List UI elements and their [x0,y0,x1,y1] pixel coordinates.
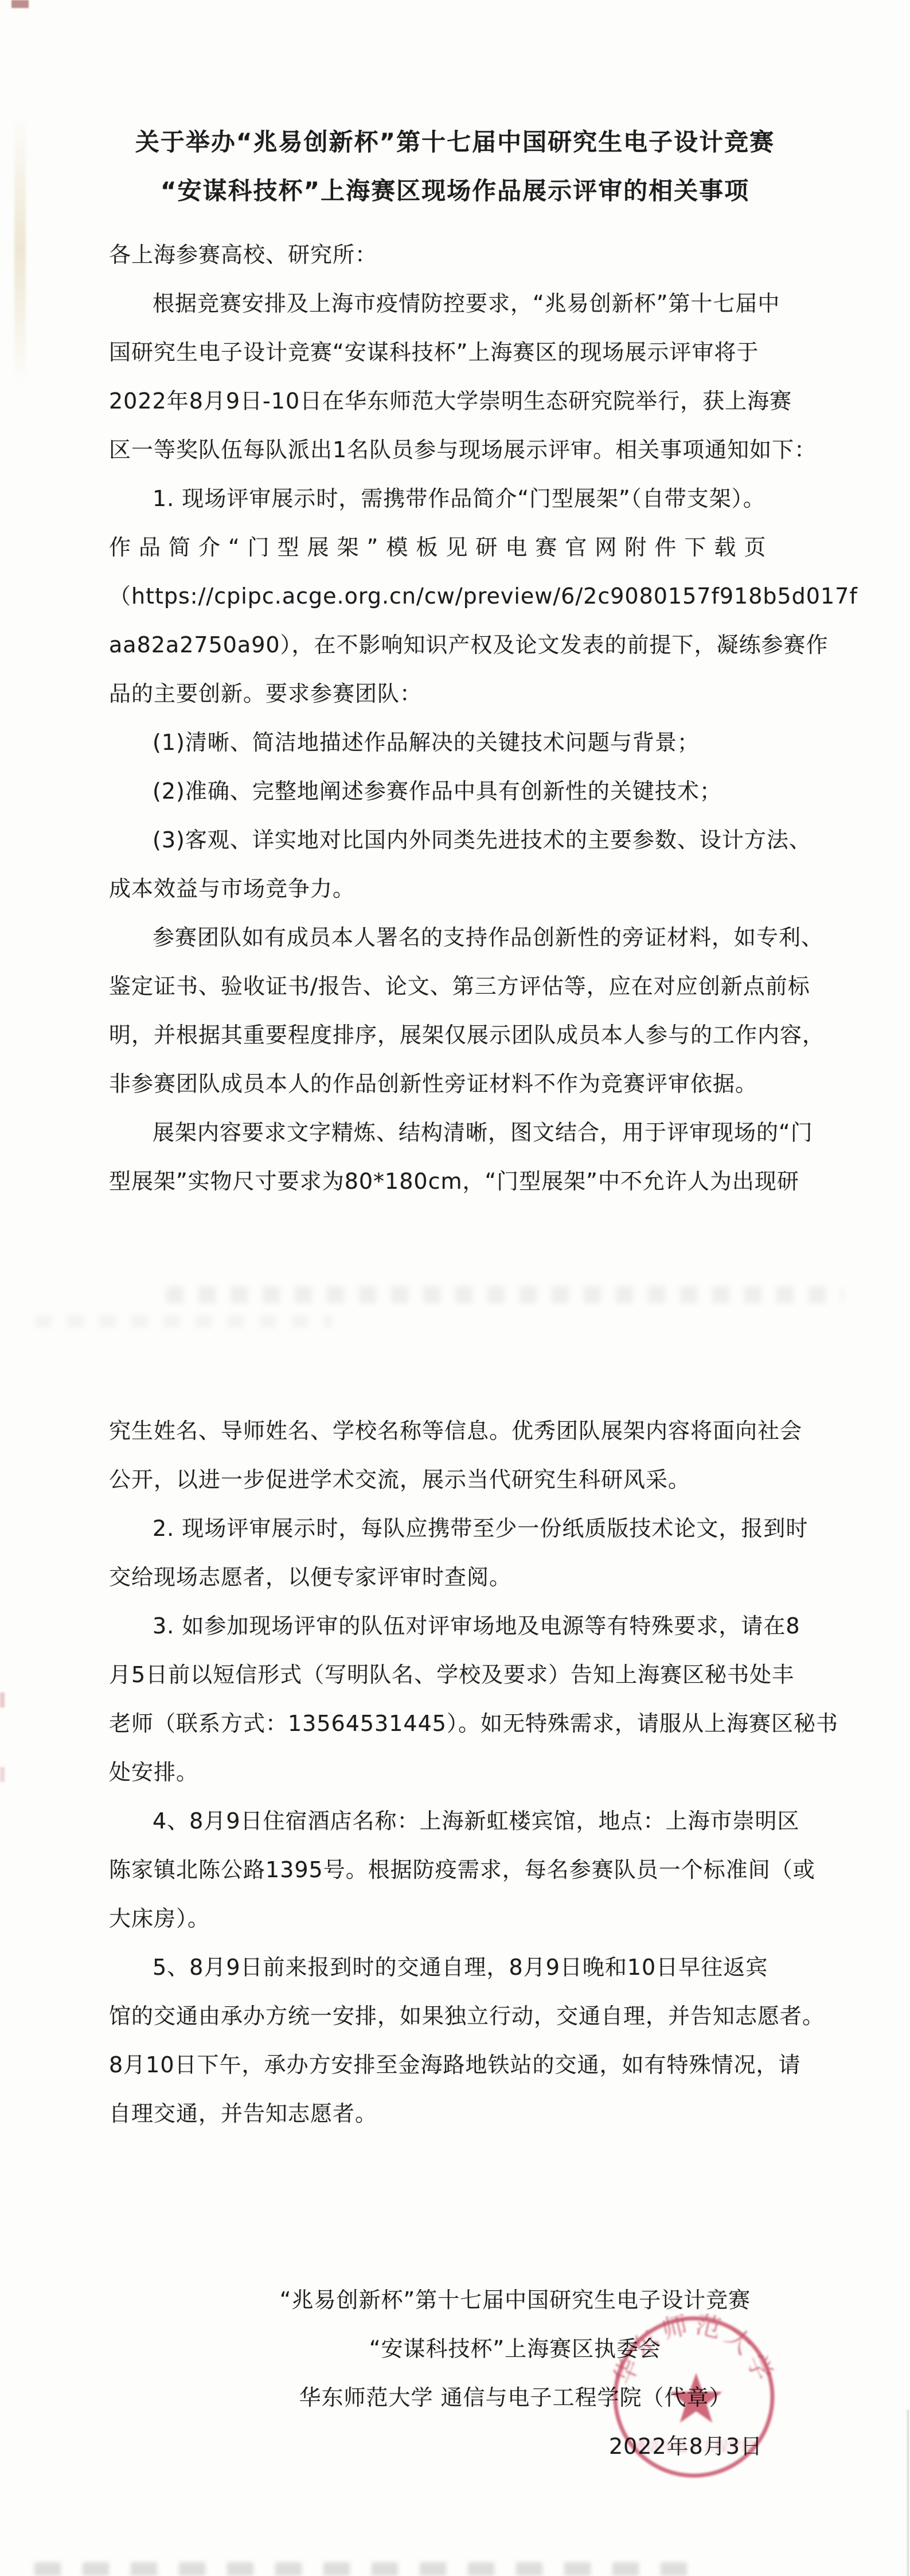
title-line-1: 关于举办“兆易创新杯”第十七届中国研究生电子设计竞赛 [0,118,910,166]
scan-artifact-right-edge [907,2410,909,2576]
title-line-2: “安谋科技杯”上海赛区现场作品展示评审的相关事项 [0,166,910,215]
text-line: 处安排。 [109,1748,807,1797]
text-line: 根据竞赛安排及上海市疫情防控要求，“兆易创新杯”第十七届中 [109,279,807,328]
text-line: 作品简介“门型展架”模板见研电赛官网附件下载页 [109,523,807,572]
scan-artifact-bottom-smear [34,2562,694,2576]
text-line: 自理交通，并告知志愿者。 [109,2089,807,2138]
text-line: 国研究生电子设计竞赛“安谋科技杯”上海赛区的现场展示评审将于 [109,328,807,377]
scan-artifact-ghost-text [34,1315,333,1328]
seal-star [670,2373,722,2423]
text-line: 交给现场志愿者，以便专家评审时查阅。 [109,1553,807,1602]
document-title: 关于举办“兆易创新杯”第十七届中国研究生电子设计竞赛 “安谋科技杯”上海赛区现场… [0,0,910,215]
scan-artifact-tick [0,1692,5,1707]
text-line: 2022年8月9日-10日在华东师范大学崇明生态研究院举行，获上海赛 [109,377,807,426]
signature-line-1: “兆易创新杯”第十七届中国研究生电子设计竞赛 [120,2276,910,2325]
text-line: 鉴定证书、验收证书/报告、论文、第三方评估等，应在对应创新点前标 [109,962,807,1011]
signature-line-3: 华东师范大学 通信与电子工程学院（代章） [120,2373,910,2422]
page-break-gap [0,1206,910,1407]
text-line: aa82a2750a90），在不影响知识产权及论文发表的前提下，凝练参赛作 [109,621,807,670]
text-line: 究生姓名、导师姓名、学校名称等信息。优秀团队展架内容将面向社会 [109,1407,807,1456]
signature-date: 2022年8月3日 [120,2422,910,2471]
text-line: 4、8月9日住宿酒店名称：上海新虹楼宾馆，地点：上海市崇明区 [109,1797,807,1846]
scan-artifact-corner [11,0,29,8]
text-line: 区一等奖队伍每队派出1名队员参与现场展示评审。相关事项通知如下： [109,426,807,474]
text-line: （https://cpipc.acge.org.cn/cw/preview/6/… [109,572,807,621]
official-seal: 华东师范大学 通信与电子工程学院 [610,2313,778,2481]
text-line: 明，并根据其重要程度排序，展架仅展示团队成员本人参与的工作内容， [109,1011,807,1060]
text-line: 8月10日下午，承办方安排至金海路地铁站的交通，如有特殊情况，请 [109,2041,807,2089]
text-line: 公开，以进一步促进学术交流，展示当代研究生科研风采。 [109,1456,807,1504]
text-line: 成本效益与市场竞争力。 [109,865,807,913]
body-section-2: 究生姓名、导师姓名、学校名称等信息。优秀团队展架内容将面向社会公开，以进一步促进… [0,1407,910,2138]
scan-artifact-ghost-text [166,1286,843,1303]
text-line: 月5日前以短信形式（写明队名、学校及要求）告知上海赛区秘书处丰 [109,1651,807,1699]
text-line: 非参赛团队成员本人的作品创新性旁证材料不作为竞赛评审依据。 [109,1060,807,1108]
text-line: 大床房）。 [109,1894,807,1943]
signature-line-2: “安谋科技杯”上海赛区执委会 [120,2325,910,2373]
notice-document: 关于举办“兆易创新杯”第十七届中国研究生电子设计竞赛 “安谋科技杯”上海赛区现场… [0,0,910,2576]
text-line: 型展架”实物尺寸要求为80*180cm，“门型展架”中不允许人为出现研 [109,1157,807,1206]
text-line: 馆的交通由承办方统一安排，如果独立行动，交通自理，并告知志愿者。 [109,1992,807,2041]
spacer [0,2138,910,2276]
text-line: (3)客观、详实地对比国内外同类先进技术的主要参数、设计方法、 [109,816,807,865]
text-line: (2)准确、完整地阐述参赛作品中具有创新性的关键技术； [109,767,807,816]
seal-footer-text: 通信与电子工程学院 [632,2438,756,2454]
scan-artifact-tick [0,1767,5,1782]
text-line: 5、8月9日前来报到时的交通自理，8月9日晚和10日早往返宾 [109,1943,807,1992]
seal-arc-text: 华东师范大学 [610,2313,778,2389]
text-line: 1. 现场评审展示时，需携带作品简介“门型展架”（自带支架）。 [109,474,807,523]
spacer [0,215,910,231]
text-line: 3. 如参加现场评审的队伍对评审场地及电源等有特殊要求，请在8 [109,1602,807,1651]
text-line: 参赛团队如有成员本人署名的支持作品创新性的旁证材料，如专利、 [109,913,807,962]
text-line: 品的主要创新。要求参赛团队： [109,670,807,718]
text-line: 2. 现场评审展示时，每队应携带至少一份纸质版技术论文，报到时 [109,1504,807,1553]
text-line: 老师（联系方式：13564531445）。如无特殊需求，请服从上海赛区秘书 [109,1699,807,1748]
text-line: 展架内容要求文字精炼、结构清晰，图文结合，用于评审现场的“门 [109,1108,807,1157]
text-line: 陈家镇北陈公路1395号。根据防疫需求，每名参赛队员一个标准间（或 [109,1846,807,1894]
scan-artifact-edge-streak [14,115,26,384]
body-section-1: 各上海参赛高校、研究所：根据竞赛安排及上海市疫情防控要求，“兆易创新杯”第十七届… [0,231,910,1206]
text-line: 各上海参赛高校、研究所： [109,231,807,279]
text-line: (1)清晰、简洁地描述作品解决的关键技术问题与背景； [109,718,807,767]
